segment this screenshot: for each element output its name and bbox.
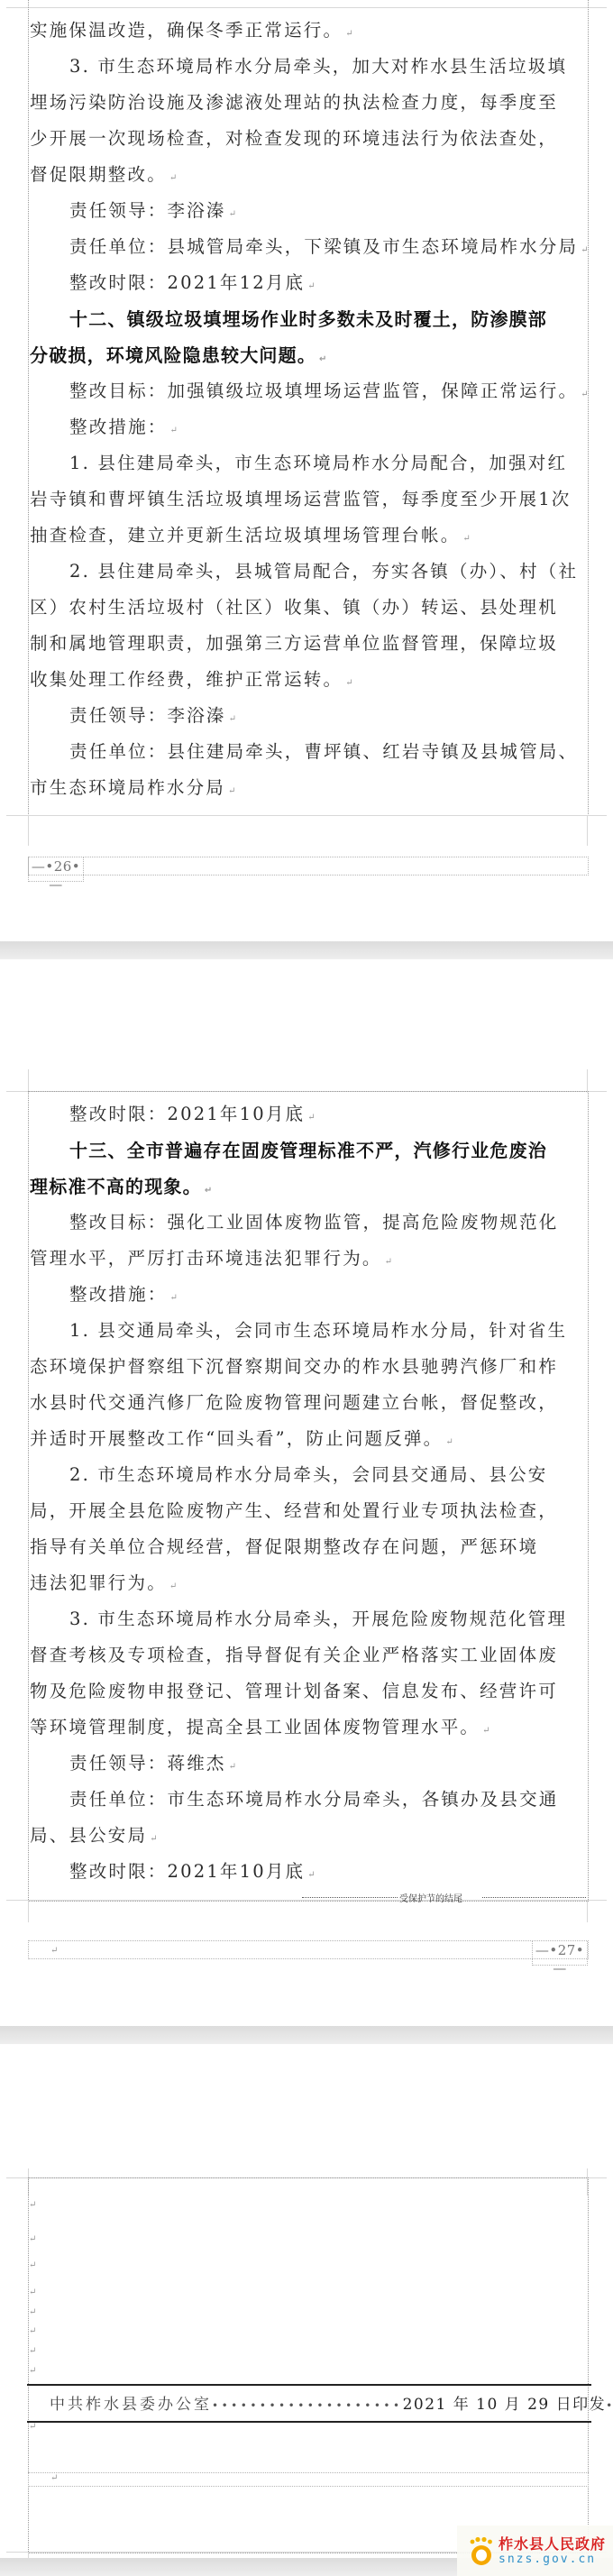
document-body[interactable]: 整改时限：2021年10月底↵十三、全市普遍存在固废管理标准不严，汽修行业危废治… <box>30 1096 585 1890</box>
line-text: 等环境管理制度，提高全县工业固体废物管理水平。 <box>30 1717 480 1737</box>
text-line: 实施保温改造，确保冬季正常运行。↵ <box>30 13 585 49</box>
text-line: 责任单位：县住建局牵头，曹坪镇、红岩寺镇及县城管局、 <box>30 734 585 770</box>
line-text: 水县时代交通汽修厂危险废物管理问题建立台帐，督促整改， <box>30 1392 558 1413</box>
text-line: 抽查检查，建立并更新生活垃圾填埋场管理台帐。↵ <box>30 518 585 554</box>
colophon-top-rule <box>27 2384 591 2386</box>
leader-dots: •••••••••••••••••••• <box>212 2399 403 2412</box>
line-text: 局、县公安局 <box>30 1825 147 1846</box>
line-text: 整改目标：加强镇级垃圾填埋场运营监管，保障正常运行。 <box>69 380 578 401</box>
line-text: 3. 市生态环境局柞水分局牵头，开展危险废物规范化管理 <box>69 1609 567 1629</box>
line-text: 责任单位：县住建局牵头，曹坪镇、红岩寺镇及县城管局、 <box>69 741 578 762</box>
page-crop-line <box>28 1069 29 1093</box>
text-line: 整改措施：↵ <box>30 409 585 445</box>
line-text: 局，开展全县危险废物产生、经营和处置行业专项执法检查， <box>30 1500 558 1521</box>
line-text: 责任领导：李浴溱 <box>69 200 226 221</box>
text-line: 违法犯罪行为。↵ <box>30 1565 585 1601</box>
line-text: 3. 市生态环境局柞水分局牵头，加大对柞水县生活垃圾填 <box>69 56 567 77</box>
line-text: 整改时限：2021年12月底 <box>69 272 305 293</box>
text-line: 物及危险废物申报登记、管理计划备案、信息发布、经营许可 <box>30 1673 585 1710</box>
text-line: 督促限期整改。↵ <box>30 157 585 193</box>
text-line: 整改目标：强化工业固体废物监管，提高危险废物规范化 <box>30 1205 585 1241</box>
paragraph-mark: ↵ <box>29 2200 36 2210</box>
paragraph-mark: ↵ <box>307 1113 315 1123</box>
line-text: 督促限期整改。 <box>30 164 167 185</box>
colophon-issue-line: 中共柞水县委办公室••••••••••••••••••••2021 年 10 月… <box>50 2392 613 2417</box>
line-text: 分破损，环境风险隐患较大问题。 <box>30 344 316 366</box>
line-text: 态环境保护督察组下沉督察期间交办的柞水县驰骋汽修厂和柞 <box>30 1356 558 1377</box>
paragraph-mark: ↵ <box>170 1293 178 1303</box>
page-crop-line <box>587 1900 588 1922</box>
section-heading-line: 分破损，环境风险隐患较大问题。↵ <box>30 337 585 373</box>
end-dot: • <box>606 2399 613 2412</box>
document-page-27: 整改时限：2021年10月底↵十三、全市普遍存在固废管理标准不严，汽修行业危废治… <box>0 959 613 2026</box>
line-text: 整改措施： <box>69 417 168 437</box>
line-text: 整改时限：2021年10月底 <box>69 1861 305 1882</box>
line-text: 责任单位：县城管局牵头，下梁镇及市生态环境局柞水分局 <box>69 236 578 257</box>
text-line: 岩寺镇和曹坪镇生活垃圾填埋场运营监管，每季度至少开展1次 <box>30 481 585 518</box>
watermark-url: snzs.gov.cn <box>499 2553 596 2566</box>
site-watermark: 柞水县人民政府 snzs.gov.cn <box>457 2526 613 2576</box>
line-text: 整改时限：2021年10月底 <box>69 1104 305 1124</box>
page-crop-line <box>28 815 29 846</box>
text-line: 督查考核及专项检查，指导督促有关企业严格落实工业固体废 <box>30 1637 585 1673</box>
issuer-name: 中共柞水县委办公室 <box>50 2396 212 2414</box>
text-line: 局，开展全县危险废物产生、经营和处置行业专项执法检查， <box>30 1493 585 1529</box>
colophon-bottom-rule <box>27 2421 591 2423</box>
line-text: 收集处理工作经费，维护正常运转。 <box>30 669 343 690</box>
section-heading-line: 十三、全市普遍存在固废管理标准不严，汽修行业危废治 <box>30 1132 585 1169</box>
paragraph-mark: ↵ <box>445 1437 453 1447</box>
paragraph-mark: ↵ <box>29 2260 36 2270</box>
paragraph-mark: ↵ <box>169 173 177 183</box>
paragraph-mark: ↵ <box>229 1762 236 1772</box>
paragraph-mark: ↵ <box>229 714 236 724</box>
page-crop-line <box>6 1900 607 1901</box>
text-line: 3. 市生态环境局柞水分局牵头，开展危险废物规范化管理 <box>30 1601 585 1637</box>
line-text: 市生态环境局柞水分局 <box>30 777 225 798</box>
line-text: 指导有关单位合规经营，督促限期整改存在问题，严惩环境 <box>30 1536 538 1557</box>
text-line: 指导有关单位合规经营，督促限期整改存在问题，严惩环境 <box>30 1529 585 1565</box>
paragraph-mark: ↵ <box>581 390 588 399</box>
text-line: 责任领导：李浴溱↵ <box>30 698 585 734</box>
line-text: 2. 市生态环境局柞水分局牵头，会同县交通局、县公安 <box>69 1464 548 1485</box>
paragraph-mark: ↵ <box>385 1257 392 1267</box>
page-separator <box>0 941 613 959</box>
issue-date: 2021 年 10 月 29 日印发 <box>403 2396 607 2414</box>
line-text: 2. 县住建局牵头，县城管局配合，夯实各镇（办）、村（社 <box>69 561 578 582</box>
line-text: 理标准不高的现象。 <box>30 1176 202 1197</box>
paragraph-mark: ↵ <box>462 534 470 544</box>
paragraph-mark: ↵ <box>170 426 178 435</box>
line-text: 整改目标：强化工业固体废物监管，提高危险废物规范化 <box>69 1212 559 1233</box>
line-text: 1. 县住建局牵头，市生态环境局柞水分局配合，加强对红 <box>69 453 567 473</box>
footer-area[interactable] <box>28 2472 589 2487</box>
line-text: 抽查检查，建立并更新生活垃圾填埋场管理台帐。 <box>30 525 460 545</box>
paragraph-mark: ↵ <box>228 786 235 796</box>
line-text: 督查考核及专项检查，指导督促有关企业严格落实工业固体废 <box>30 1645 558 1665</box>
line-text: 并适时开展整改工作“回头看”，防止问题反弹。 <box>30 1428 443 1449</box>
paragraph-mark: ↵ <box>50 2473 58 2483</box>
text-line: 整改时限：2021年12月底↵ <box>30 265 585 301</box>
line-text: 责任单位：市生态环境局柞水分局牵头，各镇办及县交通 <box>69 1789 559 1810</box>
paragraph-mark: ↵ <box>205 1186 212 1196</box>
line-text: 十三、全市普遍存在固废管理标准不严，汽修行业危废治 <box>69 1140 547 1161</box>
text-line: 1. 县住建局牵头，市生态环境局柞水分局配合，加强对红 <box>30 445 585 481</box>
line-text: 区）农村生活垃圾村（社区）收集、镇（办）转运、县处理机 <box>30 597 558 618</box>
paragraph-mark: ↵ <box>150 1834 157 1844</box>
paragraph-mark: ↵ <box>581 245 588 255</box>
paragraph-mark: ↵ <box>29 2326 36 2336</box>
line-text: 1. 县交通局牵头，会同市生态环境局柞水分局，针对省生 <box>69 1320 567 1341</box>
government-logo-icon <box>468 2536 495 2567</box>
section-break-dots <box>482 1897 586 1898</box>
page-crop-line <box>28 1900 29 1922</box>
paragraph-mark: ↵ <box>29 2366 36 2376</box>
text-line: 1. 县交通局牵头，会同市生态环境局柞水分局，针对省生 <box>30 1313 585 1349</box>
section-heading-line: 理标准不高的现象。↵ <box>30 1169 585 1205</box>
paragraph-mark: ↵ <box>229 209 236 219</box>
page-crop-line <box>6 815 607 816</box>
text-line: 管理水平，严厉打击环境违法犯罪行为。↵ <box>30 1241 585 1277</box>
text-line: 态环境保护督察组下沉督察期间交办的柞水县驰骋汽修厂和柞 <box>30 1349 585 1385</box>
text-line: 局、县公安局↵ <box>30 1818 585 1854</box>
text-margin-box <box>28 2177 589 2553</box>
paragraph-mark: ↵ <box>345 29 352 39</box>
text-line: 制和属地管理职责，加强第三方运营单位监督管理，保障垃圾 <box>30 626 585 662</box>
text-line: 2. 市生态环境局柞水分局牵头，会同县交通局、县公安 <box>30 1457 585 1493</box>
text-line: 埋场污染防治设施及渗滤液处理站的执法检查力度，每季度至 <box>30 85 585 121</box>
footer-area[interactable] <box>28 1940 589 1959</box>
page-number: —•26•— <box>28 857 84 882</box>
line-text: 少开展一次现场检查，对检查发现的环境违法行为依法查处， <box>30 128 558 149</box>
paragraph-mark: ↵ <box>307 1870 315 1880</box>
line-text: 违法犯罪行为。 <box>30 1572 167 1593</box>
text-line: 整改措施：↵ <box>30 1277 585 1313</box>
paragraph-mark: ↵ <box>307 281 315 291</box>
paragraph-mark: ↵ <box>29 2422 36 2432</box>
line-text: 埋场污染防治设施及渗滤液处理站的执法检查力度，每季度至 <box>30 92 558 113</box>
text-line: 责任单位：市生态环境局柞水分局牵头，各镇办及县交通 <box>30 1782 585 1818</box>
line-text: 责任领导：蒋维杰 <box>69 1753 226 1774</box>
line-text: 实施保温改造，确保冬季正常运行。 <box>30 20 343 41</box>
line-text: 责任领导：李浴溱 <box>69 705 226 726</box>
text-line: 3. 市生态环境局柞水分局牵头，加大对柞水县生活垃圾填 <box>30 49 585 85</box>
section-heading-line: 十二、镇级垃圾填埋场作业时多数未及时覆土，防渗膜部 <box>30 301 585 337</box>
page-separator <box>0 2026 613 2044</box>
text-line: 2. 县住建局牵头，县城管局配合，夯实各镇（办）、村（社 <box>30 554 585 590</box>
footer-area[interactable] <box>28 857 589 875</box>
text-line: 责任领导：李浴溱↵ <box>30 193 585 229</box>
text-line: 整改时限：2021年10月底↵ <box>30 1096 585 1132</box>
line-text: 管理水平，严厉打击环境违法犯罪行为。 <box>30 1248 382 1269</box>
protected-section-end-label: 受保护节的结尾 <box>399 1891 462 1904</box>
text-line: 责任单位：县城管局牵头，下梁镇及市生态环境局柞水分局↵ <box>30 229 585 265</box>
paragraph-mark: ↵ <box>50 1946 58 1956</box>
section-break-dots <box>302 1897 398 1898</box>
paragraph-mark: ↵ <box>482 1726 489 1736</box>
text-line: 整改时限：2021年10月底↵ <box>30 1854 585 1890</box>
paragraph-mark: ↵ <box>29 2234 36 2244</box>
line-text: 十二、镇级垃圾填埋场作业时多数未及时覆土，防渗膜部 <box>69 308 547 330</box>
text-line: 少开展一次现场检查，对检查发现的环境违法行为依法查处， <box>30 121 585 157</box>
text-line: 等环境管理制度，提高全县工业固体废物管理水平。↵ <box>30 1710 585 1746</box>
line-text: 制和属地管理职责，加强第三方运营单位监督管理，保障垃圾 <box>30 633 558 654</box>
page-crop-line <box>587 815 588 846</box>
paragraph-mark: ↵ <box>169 1581 177 1591</box>
paragraph-mark: ↵ <box>29 2287 36 2297</box>
page-number: —•27•— <box>532 1941 588 1966</box>
text-line: 并适时开展整改工作“回头看”，防止问题反弹。↵ <box>30 1421 585 1457</box>
text-line: 市生态环境局柞水分局↵ <box>30 770 585 806</box>
page-crop-line <box>587 1069 588 1093</box>
paragraph-mark: ↵ <box>29 2346 36 2356</box>
text-line: 区）农村生活垃圾村（社区）收集、镇（办）转运、县处理机 <box>30 590 585 626</box>
paragraph-mark: ↵ <box>319 354 326 364</box>
paragraph-mark: ↵ <box>345 678 352 688</box>
text-line: 责任领导：蒋维杰↵ <box>30 1746 585 1782</box>
watermark-title: 柞水县人民政府 <box>499 2533 606 2553</box>
text-line: 水县时代交通汽修厂危险废物管理问题建立台帐，督促整改， <box>30 1385 585 1421</box>
line-text: 岩寺镇和曹坪镇生活垃圾填埋场运营监管，每季度至少开展1次 <box>30 489 572 509</box>
line-text: 物及危险废物申报登记、管理计划备案、信息发布、经营许可 <box>30 1681 558 1701</box>
paragraph-mark: ↵ <box>29 2307 36 2317</box>
text-line: 整改目标：加强镇级垃圾填埋场运营监管，保障正常运行。↵ <box>30 373 585 409</box>
line-text: 整改措施： <box>69 1284 168 1305</box>
text-line: 收集处理工作经费，维护正常运转。↵ <box>30 662 585 698</box>
document-body[interactable]: 实施保温改造，确保冬季正常运行。↵3. 市生态环境局柞水分局牵头，加大对柞水县生… <box>30 13 585 806</box>
document-page-26: 实施保温改造，确保冬季正常运行。↵3. 市生态环境局柞水分局牵头，加大对柞水县生… <box>0 0 613 941</box>
